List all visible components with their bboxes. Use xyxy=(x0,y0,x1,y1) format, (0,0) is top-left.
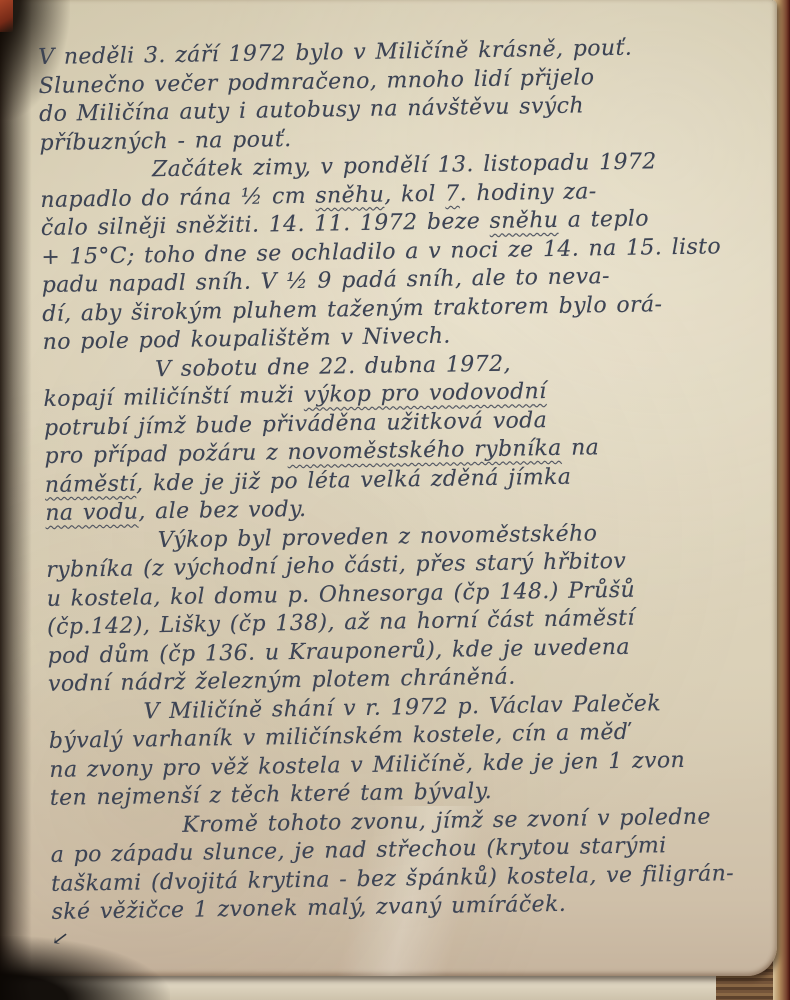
text-segment: pro případ požáru z xyxy=(44,440,287,469)
text-segment: kopají miličínští muži xyxy=(43,383,304,412)
text-segment: Začátek zimy, v pondělí 13. listopadu 19… xyxy=(152,149,657,182)
text-segment: a teplo xyxy=(558,206,649,232)
text-segment: V sobotu dne 22. dubna 1972, xyxy=(155,351,511,382)
bottom-mark: ↙ xyxy=(50,925,70,951)
underlined-text-segment: sněhu xyxy=(315,182,384,208)
text-segment: ské věžičce 1 zvonek malý, zvaný umíráče… xyxy=(51,892,566,925)
text-segment: čalo silněji sněžiti. 14. 11. 1972 beze xyxy=(41,209,490,241)
underlined-text-segment: sněhu xyxy=(489,208,558,234)
manuscript-text: V neděli 3. září 1972 bylo v Miličíně kr… xyxy=(38,33,776,928)
text-segment: příbuzných - na pouť. xyxy=(39,127,291,156)
underlined-text-segment: výkop pro vodovodní xyxy=(303,379,546,408)
underlined-text-segment: na vodu xyxy=(45,499,138,525)
text-segment: napadlo do rána ½ cm xyxy=(40,183,315,212)
underlined-text-segment: novoměstského rybníka xyxy=(287,436,562,465)
underlined-text-segment: náměstí xyxy=(45,471,137,497)
text-segment: no pole pod koupalištěm v Nivech. xyxy=(42,324,450,355)
text-segment: ten nejmenší z těch které tam bývaly. xyxy=(50,779,493,811)
text-segment: , kde je již po léta velká zděná jímka xyxy=(136,464,572,496)
underlined-text-segment: 7 xyxy=(445,181,460,206)
text-segment: na xyxy=(562,435,600,461)
text-segment: . hodiny za- xyxy=(459,179,596,206)
book-photo: V neděli 3. září 1972 bylo v Miličíně kr… xyxy=(0,0,790,1000)
text-segment: , kol xyxy=(384,181,445,207)
text-segment: vodní nádrž železným plotem chráněná. xyxy=(48,665,516,697)
text-segment: , ale bez vody. xyxy=(138,497,306,525)
text-segment: Výkop byl proveden z novoměstského xyxy=(158,521,598,553)
